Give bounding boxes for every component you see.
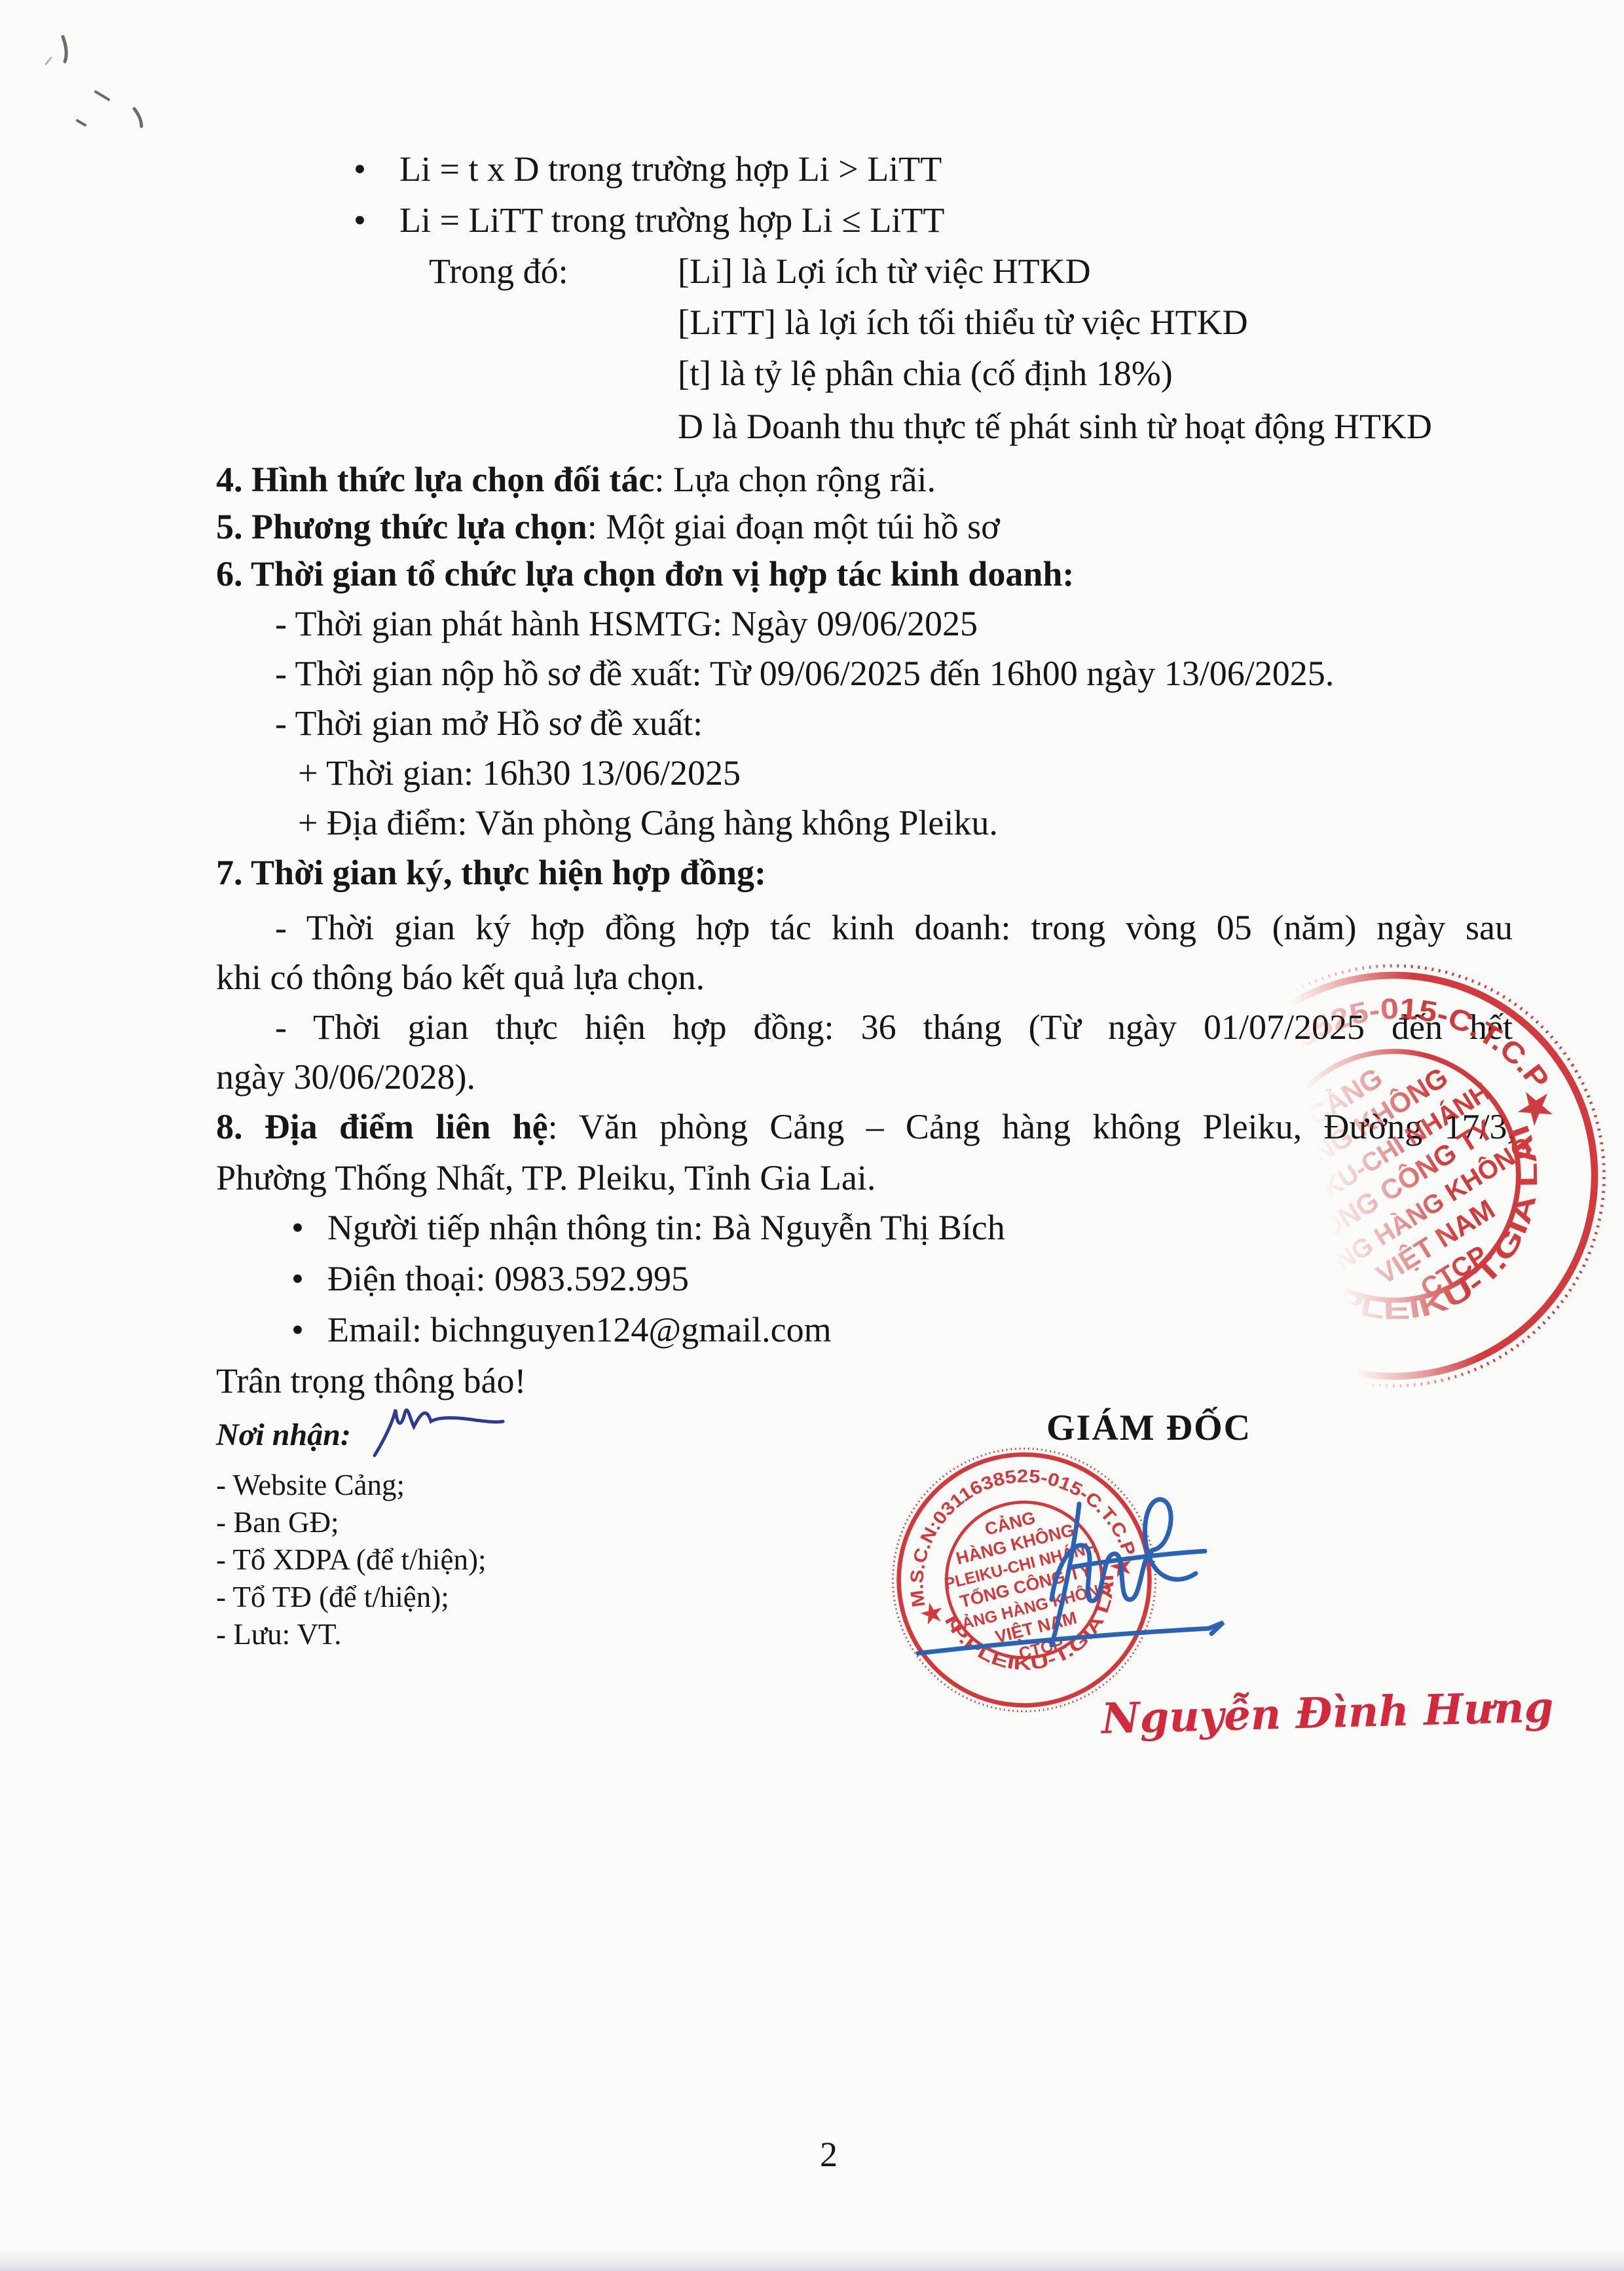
svg-text:TP.PLEIKU-T.GIA LAI: TP.PLEIKU-T.GIA LAI	[1279, 1113, 1598, 1381]
svg-text:TỔNG CÔNG TY: TỔNG CÔNG TY	[958, 1560, 1094, 1611]
text-line: - Thời gian mở Hồ sơ đề xuất:	[275, 702, 703, 745]
scanned-document-page: •Li = t x D trong trường hợp Li > LiTT•L…	[0, 0, 1624, 2271]
heading-bold-text: 6. Thời gian tổ chức lựa chọn đơn vị hợp…	[216, 554, 1074, 593]
svg-text:★: ★	[916, 1596, 949, 1632]
recipient-item: - Ban GĐ;	[216, 1505, 339, 1540]
line-text: Người tiếp nhận thông tin: Bà Nguyễn Thị…	[327, 1208, 1005, 1247]
line-text: - Thời gian ký hợp đồng hợp tác kinh doa…	[275, 908, 1513, 947]
text-line: •Điện thoại: 0983.592.995	[291, 1257, 689, 1300]
line-text: + Thời gian: 16h30 13/06/2025	[298, 753, 741, 793]
recipients-label: Nơi nhận:	[216, 1417, 351, 1453]
text-line: Phường Thống Nhất, TP. Pleiku, Tỉnh Gia …	[216, 1156, 876, 1199]
line-text: : Lựa chọn rộng rãi.	[654, 460, 936, 499]
text-line: khi có thông báo kết quả lựa chọn.	[216, 956, 705, 999]
svg-text:TP.PLEIKU-T.GIA LAI: TP.PLEIKU-T.GIA LAI	[938, 1568, 1135, 1693]
heading-bold-text: 4. Hình thức lựa chọn đối tác	[216, 460, 654, 499]
bullet-marker: •	[354, 198, 399, 242]
text-line: - Thời gian thực hiện hợp đồng: 36 tháng…	[275, 1005, 1513, 1049]
bullet-marker: •	[354, 147, 399, 191]
svg-text:★: ★	[1105, 1548, 1138, 1585]
recipients-initial-scribble	[375, 1410, 503, 1455]
text-line: ngày 30/06/2028).	[216, 1055, 475, 1098]
svg-text:CTCP: CTCP	[1415, 1239, 1492, 1304]
svg-text:CTCP: CTCP	[1017, 1634, 1065, 1663]
line-text: : Văn phòng Cảng – Cảng hàng không Pleik…	[548, 1107, 1516, 1146]
page-number: 2	[820, 2134, 838, 2175]
svg-text:★: ★	[1240, 1241, 1302, 1305]
line-text: Li = t x D trong trường hợp Li > LiTT	[399, 149, 942, 189]
svg-text:HÀNG KHÔNG: HÀNG KHÔNG	[954, 1520, 1077, 1568]
recipient-item: - Lưu: VT.	[216, 1617, 341, 1652]
bullet-marker: •	[291, 1206, 327, 1249]
text-line: 4. Hình thức lựa chọn đối tác: Lựa chọn …	[216, 458, 936, 501]
text-line: [LiTT] là lợi ích tối thiểu từ việc HTKD	[678, 301, 1248, 344]
text-line: - Thời gian phát hành HSMTG: Ngày 09/06/…	[275, 602, 978, 645]
svg-text:M.S.C.N:0311638525-015-C.T.C.P: M.S.C.N:0311638525-015-C.T.C.P	[881, 1440, 1140, 1611]
line-text: Phường Thống Nhất, TP. Pleiku, Tỉnh Gia …	[216, 1158, 876, 1197]
line-text: Điện thoại: 0983.592.995	[327, 1259, 689, 1298]
svg-text:M.S.C.N:0311638525-015-C.T.C.P: M.S.C.N:0311638525-015-C.T.C.P	[1137, 922, 1557, 1280]
text-line: Trân trọng thông báo!	[216, 1359, 526, 1402]
text-line: 7. Thời gian ký, thực hiện hợp đồng:	[216, 851, 766, 894]
line-text: ngày 30/06/2028).	[216, 1057, 475, 1097]
line-text: D là Doanh thu thực tế phát sinh từ hoạt…	[678, 407, 1432, 446]
text-line: •Email: bichnguyen124@gmail.com	[291, 1308, 832, 1351]
line-text: Trân trọng thông báo!	[216, 1361, 526, 1400]
line-text: - Thời gian thực hiện hợp đồng: 36 tháng…	[275, 1007, 1513, 1047]
line-text: + Địa điểm: Văn phòng Cảng hàng không Pl…	[298, 803, 998, 842]
line-text: : Một giai đoạn một túi hồ sơ	[587, 507, 1000, 546]
text-line: + Thời gian: 16h30 13/06/2025	[298, 751, 741, 795]
line-text: khi có thông báo kết quả lựa chọn.	[216, 958, 705, 997]
svg-text:CẢNG HÀNG KHÔNG: CẢNG HÀNG KHÔNG	[948, 1578, 1113, 1636]
text-line: + Địa điểm: Văn phòng Cảng hàng không Pl…	[298, 801, 998, 844]
bullet-marker: •	[291, 1308, 327, 1351]
text-line: D là Doanh thu thực tế phát sinh từ hoạt…	[678, 405, 1432, 448]
svg-text:VIỆT NAM: VIỆT NAM	[993, 1607, 1079, 1647]
svg-text:VIỆT NAM: VIỆT NAM	[1371, 1193, 1501, 1290]
svg-text:PLEIKU-CHI NHÁNH: PLEIKU-CHI NHÁNH	[942, 1538, 1098, 1594]
svg-text:CẢNG: CẢNG	[983, 1508, 1037, 1539]
bullet-marker: •	[291, 1257, 327, 1300]
line-text: - Thời gian mở Hồ sơ đề xuất:	[275, 704, 703, 743]
text-line: 6. Thời gian tổ chức lựa chọn đơn vị hợp…	[216, 552, 1074, 595]
text-line: •Người tiếp nhận thông tin: Bà Nguyễn Th…	[291, 1206, 1005, 1249]
recipient-item: - Tổ TĐ (để t/hiện);	[216, 1579, 449, 1615]
signature-title: GIÁM ĐỐC	[1046, 1407, 1251, 1449]
text-line: Trong đó:[Li] là Lợi ích từ việc HTKD	[429, 250, 1091, 293]
recipient-item: - Tổ XDPA (để t/hiện);	[216, 1542, 487, 1577]
text-line: •Li = t x D trong trường hợp Li > LiTT	[354, 147, 942, 191]
text-line: [t] là tỷ lệ phân chia (cố định 18%)	[678, 352, 1173, 395]
inline-label: Trong đó:	[429, 250, 678, 293]
text-line: - Thời gian nộp hồ sơ đề xuất: Từ 09/06/…	[275, 652, 1334, 695]
company-stamp: M.S.C.N:0311638525-015-C.T.C.P TP.PLEIKU…	[885, 1441, 1163, 1719]
text-line: 8. Địa điểm liên hệ: Văn phòng Cảng – Cả…	[216, 1105, 1516, 1148]
signer-name: Nguyễn Đình Hưng	[1101, 1683, 1554, 1744]
text-line: •Li = LiTT trong trường hợp Li ≤ LiTT	[354, 198, 944, 242]
line-text: [LiTT] là lợi ích tối thiểu từ việc HTKD	[678, 303, 1248, 342]
line-text: Li = LiTT trong trường hợp Li ≤ LiTT	[399, 200, 944, 240]
line-text: [Li] là Lợi ích từ việc HTKD	[678, 252, 1091, 291]
svg-text:PLEIKU-CHI NHÁNH: PLEIKU-CHI NHÁNH	[1268, 1077, 1495, 1234]
line-text: Email: bichnguyen124@gmail.com	[327, 1310, 832, 1349]
svg-text:CẢNG HÀNG KHÔNG: CẢNG HÀNG KHÔNG	[1298, 1131, 1538, 1296]
recipient-item: - Website Cảng;	[216, 1467, 405, 1503]
line-text: - Thời gian phát hành HSMTG: Ngày 09/06/…	[275, 604, 978, 643]
line-text: [t] là tỷ lệ phân chia (cố định 18%)	[678, 354, 1173, 393]
heading-bold-text: 5. Phương thức lựa chọn	[216, 507, 587, 546]
heading-bold-text: 7. Thời gian ký, thực hiện hợp đồng:	[216, 853, 766, 892]
line-text: - Thời gian nộp hồ sơ đề xuất: Từ 09/06/…	[275, 654, 1334, 693]
text-line: - Thời gian ký hợp đồng hợp tác kinh doa…	[275, 906, 1513, 949]
text-line: 5. Phương thức lựa chọn: Một giai đoạn m…	[216, 505, 1000, 548]
heading-bold-text: 8. Địa điểm liên hệ	[216, 1107, 548, 1146]
